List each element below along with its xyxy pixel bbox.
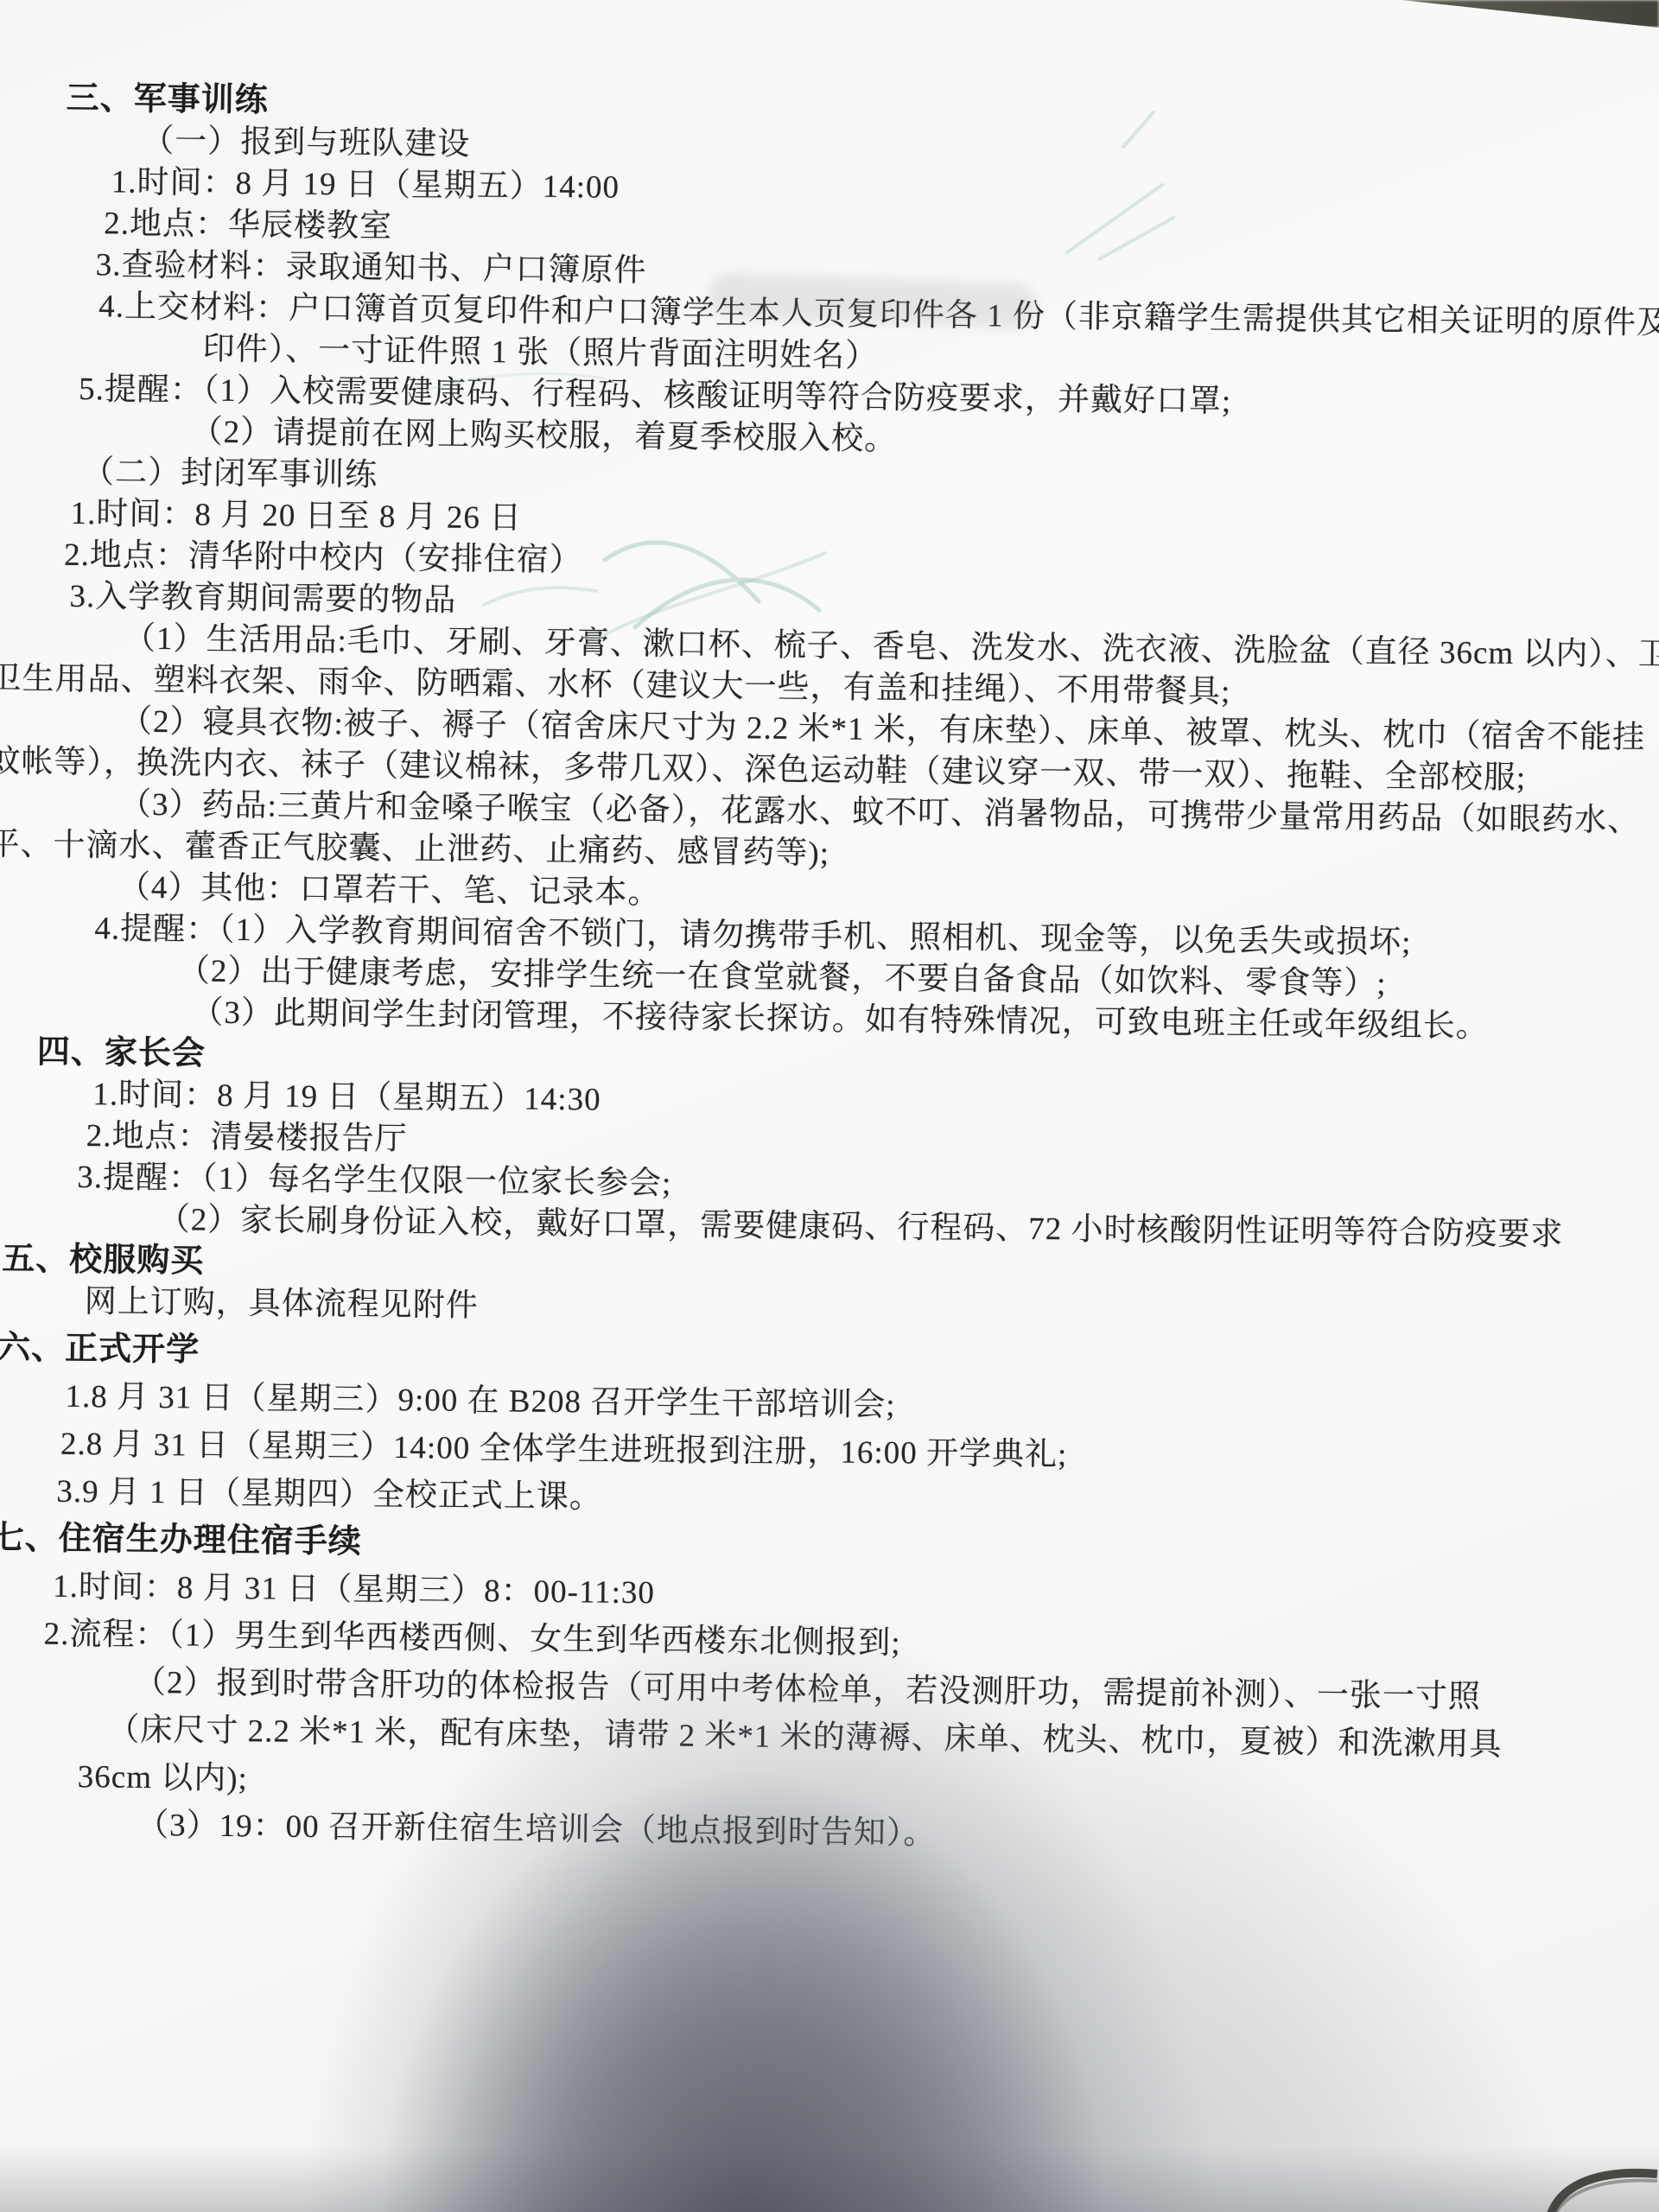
doc-line: （3）19：00 召开新住宿生培训会（地点报到时告知）。 [137,1809,1659,1861]
doc-line: 2.流程：（1）男生到华西楼西侧、女生到华西楼东北侧报到; [43,1618,1659,1671]
doc-line: （床尺寸 2.2 米*1 米，配有床垫，请带 2 米*1 米的薄褥、床单、枕头、… [107,1713,1659,1765]
doc-line: 1.时间：8 月 31 日（星期三）8：00-11:30 [53,1571,1659,1624]
photographed-document: 三、军事训练 （一）报到与班队建设 1.时间：8 月 19 日（星期五）14:0… [0,0,1659,2212]
doc-line: 2.8 月 31 日（星期三）14:00 全体学生进班报到注册，16:00 开学… [60,1428,1659,1481]
photo-corner-shade [1402,0,1659,28]
doc-line: 36cm 以内); [78,1761,1659,1814]
doc-line: 3.9 月 1 日（星期四）全校正式上课。 [56,1476,1659,1529]
document-text: 三、军事训练 （一）报到与班队建设 1.时间：8 月 19 日（星期五）14:0… [0,82,1659,1877]
doc-line: 1.8 月 31 日（星期三）9:00 在 B208 召开学生干部培训会; [65,1381,1659,1433]
section-heading: 七、住宿生办理住宿手续 [0,1522,1659,1576]
section-heading: 六、正式开学 [0,1332,1659,1386]
cable-shadow [1503,2143,1659,2212]
doc-line: 网上订购，具体流程见附件 [85,1286,1659,1338]
doc-line: （2）报到时带含肝功的体检报告（可用中考体检单，若没测肝功，需提前补测）、一张一… [134,1667,1659,1719]
